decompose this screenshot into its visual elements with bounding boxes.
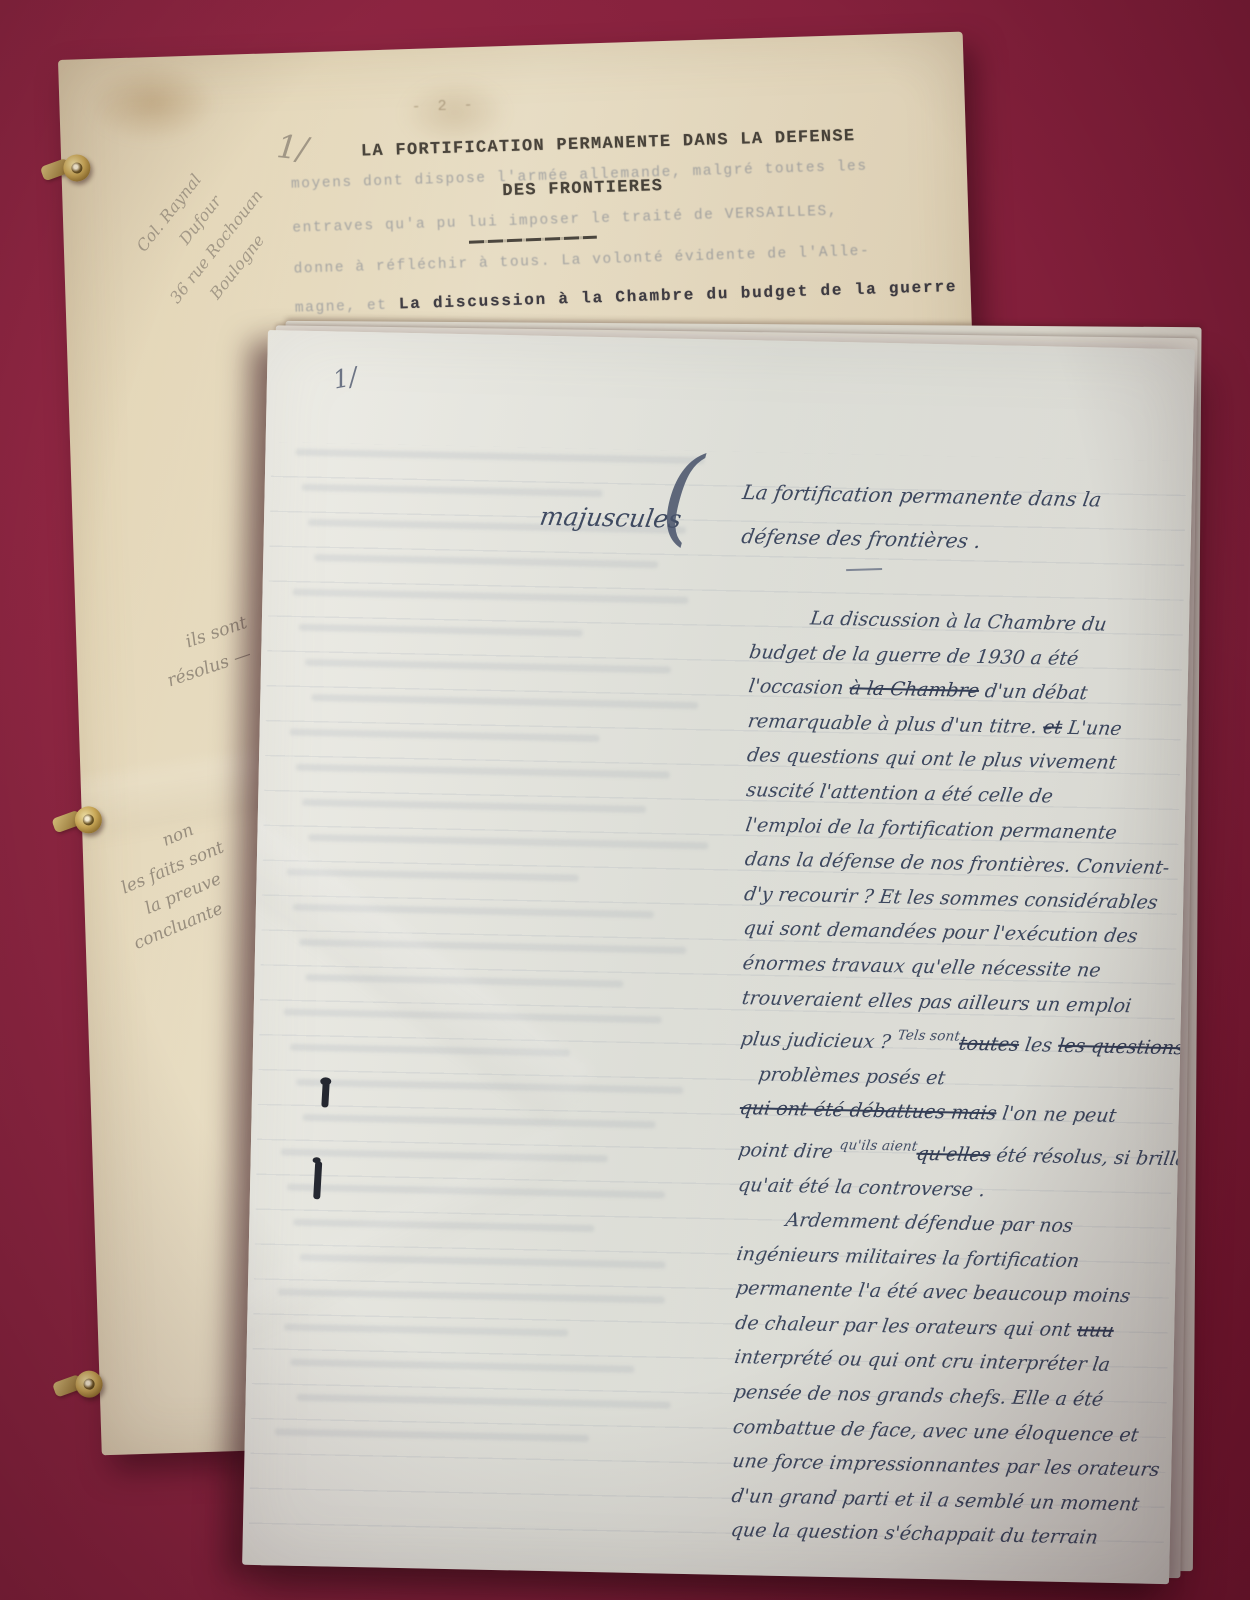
struck-text: à la Chambre bbox=[848, 677, 981, 702]
handwritten-text: d'y recourir ? Et les sommes considérabl… bbox=[743, 883, 1159, 914]
manuscript-page: 1/ majuscules ( La fortification permane… bbox=[242, 330, 1195, 1584]
handwritten-text: problèmes posés et bbox=[739, 1063, 947, 1089]
handwritten-text: pensée de nos grands chefs. Elle a été bbox=[732, 1381, 1104, 1411]
handwritten-text: été résolus, si brillante bbox=[989, 1144, 1195, 1171]
handwritten-text: énormes travaux qu'elle nécessite ne bbox=[741, 952, 1102, 981]
handwritten-text: des questions qui ont le plus vivement bbox=[746, 745, 1118, 775]
typed-ghost-line-4: magne, et bbox=[295, 298, 388, 317]
ghost-bleed-row bbox=[296, 1079, 683, 1094]
pencil-note-resolus: ils sontrésolus — bbox=[153, 608, 262, 697]
handwritten-text: une force impressionnantes par les orate… bbox=[731, 1450, 1161, 1481]
handwritten-text: l'emploi de la fortification permanente bbox=[744, 814, 1118, 844]
manuscript-title: La fortification permanente dans la défe… bbox=[741, 470, 1101, 565]
typed-ghost-line-3: donne à réfléchir à tous. La volonté évi… bbox=[293, 244, 870, 278]
ghost-bleed-row bbox=[297, 1394, 671, 1409]
handwritten-text: d'un débat bbox=[977, 680, 1089, 704]
handwritten-text: dans la défense de nos frontières. Convi… bbox=[743, 848, 1170, 879]
photo-background: - 2 - LA FORTIFICATION PERMANENTE DANS L… bbox=[0, 0, 1250, 1600]
struck-text: qu'elles bbox=[915, 1143, 992, 1166]
paper-stain bbox=[86, 61, 218, 145]
manuscript-stack: 1/ majuscules ( La fortification permane… bbox=[242, 330, 1195, 1584]
typed-body-line: La discussion à la Chambre du budget de … bbox=[399, 278, 958, 314]
ghost-bleed-row bbox=[290, 729, 600, 742]
ink-blot-head bbox=[313, 1157, 321, 1163]
typed-ghost-line-2: entraves qu'a pu lui imposer le traité d… bbox=[292, 204, 838, 237]
typed-page-number: - 2 - bbox=[411, 97, 477, 116]
handwritten-text: remarquable à plus d'un titre. bbox=[746, 710, 1044, 738]
ghost-bleed-row bbox=[311, 694, 698, 709]
handwritten-text: qu'ait été la controverse . bbox=[737, 1174, 987, 1201]
ghost-bleed-row bbox=[302, 484, 603, 497]
struck-text: uuu bbox=[1075, 1319, 1115, 1342]
ghost-bleed-row bbox=[296, 764, 670, 779]
struck-text: les questions bbox=[1057, 1035, 1186, 1060]
title-underline bbox=[469, 236, 597, 244]
handwritten-text: L'une bbox=[1060, 717, 1123, 740]
handwritten-text: La discussion à la Chambre du bbox=[749, 606, 1108, 635]
handwritten-text: les bbox=[1017, 1034, 1059, 1057]
ghost-bleed-row bbox=[305, 659, 671, 674]
manuscript-corner-mark: 1/ bbox=[331, 362, 360, 395]
handwritten-text: budget de la guerre de 1930 a été bbox=[748, 641, 1080, 670]
inserted-text: Tels sont bbox=[897, 1027, 962, 1044]
struck-text: qui ont été débattues mais bbox=[738, 1097, 998, 1124]
pencil-page-mark: 1/ bbox=[275, 127, 310, 168]
handwritten-text: Ardemment défendue par nos bbox=[736, 1208, 1074, 1237]
manuscript-title-line-1: La fortification permanente dans la bbox=[739, 470, 1105, 521]
handwritten-text: suscité l'attention a été celle de bbox=[745, 779, 1055, 807]
handwritten-text: de chaleur par les orateurs qui ont bbox=[734, 1312, 1079, 1341]
handwritten-text: trouveraient elles pas ailleurs un emplo… bbox=[741, 987, 1133, 1017]
handwritten-text: l'occasion bbox=[747, 675, 851, 699]
brass-fastener-bottom bbox=[65, 1370, 108, 1399]
handwritten-text: point dire bbox=[737, 1139, 840, 1163]
ghost-bleed-row bbox=[292, 589, 688, 604]
brass-fastener-top bbox=[53, 154, 96, 183]
typed-title-line-2: DES FRONTIERES bbox=[502, 177, 664, 201]
ghost-bleed-row bbox=[275, 1428, 589, 1442]
handwritten-text: interprété ou qui ont cru interpréter la bbox=[733, 1346, 1112, 1376]
manuscript-title-line-2: défense des frontières . bbox=[738, 514, 1104, 565]
handwritten-text: que la question s'échappait du terrain bbox=[729, 1519, 1099, 1549]
ghost-bleed-row bbox=[299, 624, 583, 637]
ink-blot-head bbox=[320, 1077, 331, 1085]
struck-text: toutes bbox=[958, 1033, 1021, 1056]
ghost-bleed-row bbox=[290, 1359, 634, 1373]
handwritten-text: l'on ne peut bbox=[995, 1103, 1118, 1127]
brass-fastener-middle bbox=[64, 806, 107, 835]
ghost-bleed-row bbox=[284, 1324, 568, 1337]
ghost-bleed-row bbox=[308, 834, 708, 849]
handwritten-text: qui sont demandées pour l'exécution des bbox=[742, 917, 1139, 947]
handwritten-text: plus judicieux ? bbox=[739, 1028, 898, 1053]
handwritten-text: d'un grand parti et il a semblé un momen… bbox=[730, 1485, 1140, 1515]
ghost-bleed-row bbox=[314, 554, 658, 568]
handwritten-text: combattue de face, avec une éloquence et bbox=[732, 1416, 1140, 1446]
ghost-bleed-row bbox=[302, 1114, 655, 1128]
handwritten-text: ingénieurs militaires la fortification bbox=[735, 1243, 1081, 1272]
manuscript-lines: La discussion à la Chambre dubudget de l… bbox=[731, 600, 1195, 1558]
inserted-text: qu'ils aient bbox=[839, 1137, 919, 1155]
handwritten-text: permanente l'a été avec beaucoup moins bbox=[734, 1277, 1131, 1307]
ghost-bleed-row bbox=[302, 799, 646, 813]
